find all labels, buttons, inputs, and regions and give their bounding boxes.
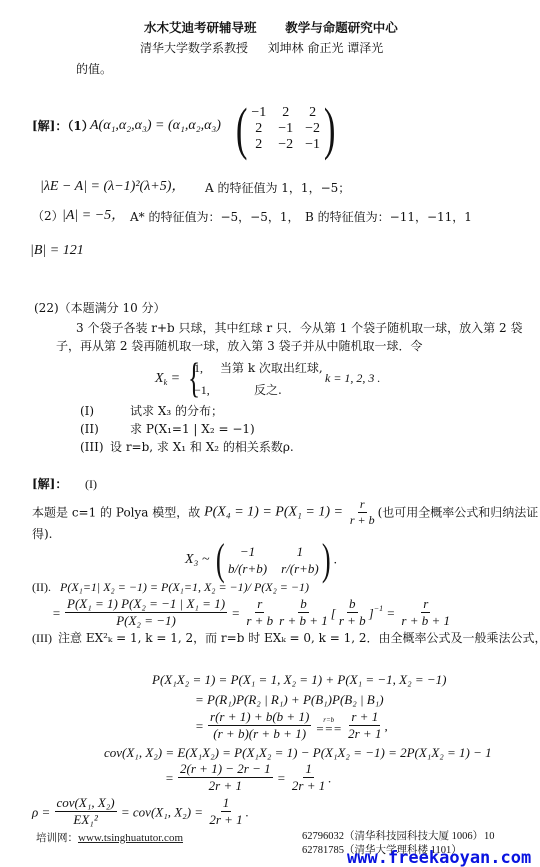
page-number: 10 — [484, 832, 495, 843]
header-title: 清华大学数学系教授 — [140, 41, 248, 55]
frac-den: 2r + 1 — [346, 726, 383, 741]
eq-b: = P(R₁)P(R₂ | R₁) + P(B₁)P(B₂ | B₁) — [195, 693, 384, 706]
case1-condition: 当第 k 次取出红球, — [220, 362, 323, 374]
matrix-cell: 1 — [281, 545, 319, 558]
eigen-B: B 的特征值为：−11，−11，1 — [305, 211, 472, 223]
matrix-A: ( −1222−1−22−2−1 ) — [232, 100, 339, 158]
eq-c: = r(r + 1) + b(b + 1)(r + b)(r + b + 1) … — [195, 710, 388, 742]
matrix-cell: 2 — [278, 106, 293, 120]
solution-21-label: [解]：（1） — [32, 120, 94, 132]
frac-num: 1 — [303, 762, 314, 778]
char-poly: |λE − A| = (λ−1)²(λ+5)， — [40, 180, 185, 194]
def-sub: k — [164, 378, 168, 387]
case1-value: 1, — [194, 362, 203, 374]
intro-text: 的值。 — [76, 63, 112, 75]
q2-label: (II) — [80, 423, 99, 435]
matrix-cell: r/(r+b) — [281, 562, 319, 575]
matrix-cell: −1 — [305, 138, 320, 152]
frac-num: r + 1 — [349, 710, 380, 726]
watermark: www.freekaoyan.com — [347, 850, 531, 867]
frac-den: r + b + 1 — [399, 613, 452, 628]
site-link[interactable]: www.tsinghuatutor.com — [78, 832, 183, 844]
exponent: −1 — [374, 604, 383, 613]
q3-text: 设 r=b, 求 X₁ 和 X₂ 的相关系数ρ. — [110, 441, 294, 453]
dist-lhs: X₃ ~ — [185, 552, 210, 567]
matrix-cell: −1 — [278, 122, 293, 136]
part1-label: (I) — [85, 477, 97, 491]
q3-label: (III) — [80, 441, 104, 453]
distribution-grid: −11b/(r+b)r/(r+b) — [228, 545, 319, 575]
header-authors: 清华大学数学系教授 刘坤林 俞正光 谭泽光 — [140, 42, 383, 54]
rho-line: ρ = cov(X₁, X₂)EX₁² = cov(X₁, X₂) = 12r … — [32, 796, 249, 828]
frac-num: r — [421, 597, 430, 613]
polya-eq: P(X₄ = 1) = P(X₁ = 1) = — [204, 505, 343, 520]
eigen-Astar: A* 的特征值为：−5，−5，1， — [130, 211, 300, 223]
frac-num: r — [255, 597, 264, 613]
frac-num: 2(r + 1) − 2r − 1 — [178, 762, 273, 778]
det-A: |A| = −5， — [62, 209, 125, 223]
eq-A-alpha: A(α₁,α₂,α₃) = (α₁,α₂,α₃) — [90, 119, 221, 133]
matrix-cell: 2 — [251, 122, 266, 136]
det-B: |B| = 121 — [30, 244, 84, 258]
solution-22-header: [解]： (I) — [32, 478, 97, 490]
q1-label: (I) — [80, 405, 94, 417]
solution-label: [解]：（1） — [32, 119, 94, 133]
polya-text-post: (也可用全概率公式和归纳法证 — [378, 506, 539, 520]
part2-label: （2） — [32, 210, 64, 222]
frac-num: r(r + 1) + b(b + 1) — [208, 710, 311, 726]
k-range: k = 1, 2, 3 . — [325, 372, 380, 384]
frac-den: r + b + 1 — [277, 613, 330, 628]
matrix-cell: −1 — [251, 106, 266, 120]
polya-fraction: rr + b — [348, 498, 377, 527]
def-var: X — [155, 371, 164, 386]
case2-condition: 反之. — [254, 384, 282, 396]
frac-den: (r + b)(r + b + 1) — [211, 726, 308, 741]
matrix-A-grid: −1222−1−22−2−1 — [251, 106, 320, 152]
problem-22-title: (22)（本题满分 10 分） — [34, 302, 166, 314]
frac-num: 1 — [221, 796, 232, 812]
rho-lhs: ρ = — [32, 804, 50, 819]
solution-label: [解]： — [32, 477, 67, 491]
part2-line2: = P(X₁ = 1) P(X₂ = −1 | X₁ = 1)P(X₂ = −1… — [52, 597, 453, 629]
matrix-cell: −1 — [228, 545, 267, 558]
matrix-cell: 2 — [305, 106, 320, 120]
cov-line: cov(X₁, X₂) = E(X₁X₂) = P(X₁X₂ = 1) − P(… — [104, 746, 492, 759]
q2-text: 求 P(X₁=1 | X₂ = −1) — [130, 423, 255, 435]
polya-text-cont: 得). — [32, 528, 53, 540]
header-center-name: 水木艾迪考研辅导班 教学与命题研究中心 — [144, 22, 398, 35]
frac-den: 2r + 1 — [290, 778, 327, 793]
frac-num: b — [347, 597, 358, 613]
eigen-A: A 的特征值为 1，1，−5； — [205, 182, 350, 194]
frac-den: P(X₂ = −1) — [114, 613, 178, 628]
header-dept: 教学与命题研究中心 — [285, 20, 398, 35]
eq-a: P(X₁X₂ = 1) = P(X₁ = 1, X₂ = 1) + P(X₁ =… — [152, 673, 447, 686]
frac-den: r + b — [337, 613, 368, 628]
part3-text: 注意 EX²ₖ = 1, k = 1, 2，而 r=b 时 EXₖ = 0, k… — [58, 632, 540, 644]
header-names: 刘坤林 俞正光 谭泽光 — [268, 41, 384, 55]
frac-den: 2r + 1 — [207, 778, 244, 793]
problem-statement-1: 3 个袋子各装 r+b 只球，其中红球 r 只．今从第 1 个袋子随机取一球，放… — [76, 322, 522, 334]
rho-mid: = cov(X₁, X₂) = — [121, 804, 203, 819]
header-org: 水木艾迪考研辅导班 — [144, 20, 257, 35]
cov-result: = 2(r + 1) − 2r − 12r + 1 = 12r + 1. — [165, 762, 332, 794]
x3-distribution: X₃ ~ ( −11b/(r+b)r/(r+b) ) . — [185, 538, 337, 582]
part2-label: (II). — [32, 581, 51, 593]
frac-num: b — [298, 597, 309, 613]
frac-num: P(X₁ = 1) P(X₂ = −1 | X₁ = 1) — [65, 597, 227, 613]
matrix-cell: b/(r+b) — [228, 562, 267, 575]
part2-line1: P(X₁=1| X₂ = −1) = P(X₁=1, X₂ = −1)/ P(X… — [60, 581, 309, 593]
part3-label: (III) — [32, 632, 52, 644]
footer-site: 培训网：www.tsinghuatutor.com — [36, 833, 183, 845]
frac-den: 2r + 1 — [207, 812, 244, 827]
frac-den: r + b — [244, 613, 275, 628]
frac-num: cov(X₁, X₂) — [55, 796, 117, 812]
q1-text: 试求 X₃ 的分布； — [130, 405, 223, 417]
frac-den: r + b — [348, 513, 377, 527]
case2-value: −1, — [194, 384, 210, 396]
site-label: 培训网： — [36, 833, 78, 844]
frac-num: r — [358, 498, 367, 513]
footer-phone1: 62796032（清华科技园科技大厦 1006） — [302, 832, 483, 843]
matrix-cell: −2 — [278, 138, 293, 152]
matrix-cell: 2 — [251, 138, 266, 152]
problem-statement-2: 子，再从第 2 袋再随机取一球，放入第 3 袋子并从中随机取一球．令 — [56, 340, 423, 352]
polya-text: 本题是 c=1 的 Polya 模型，故 — [32, 506, 200, 520]
frac-den: EX₁² — [71, 812, 99, 827]
polya-line: 本题是 c=1 的 Polya 模型，故 P(X₄ = 1) = P(X₁ = … — [32, 498, 538, 527]
matrix-cell: −2 — [305, 122, 320, 136]
